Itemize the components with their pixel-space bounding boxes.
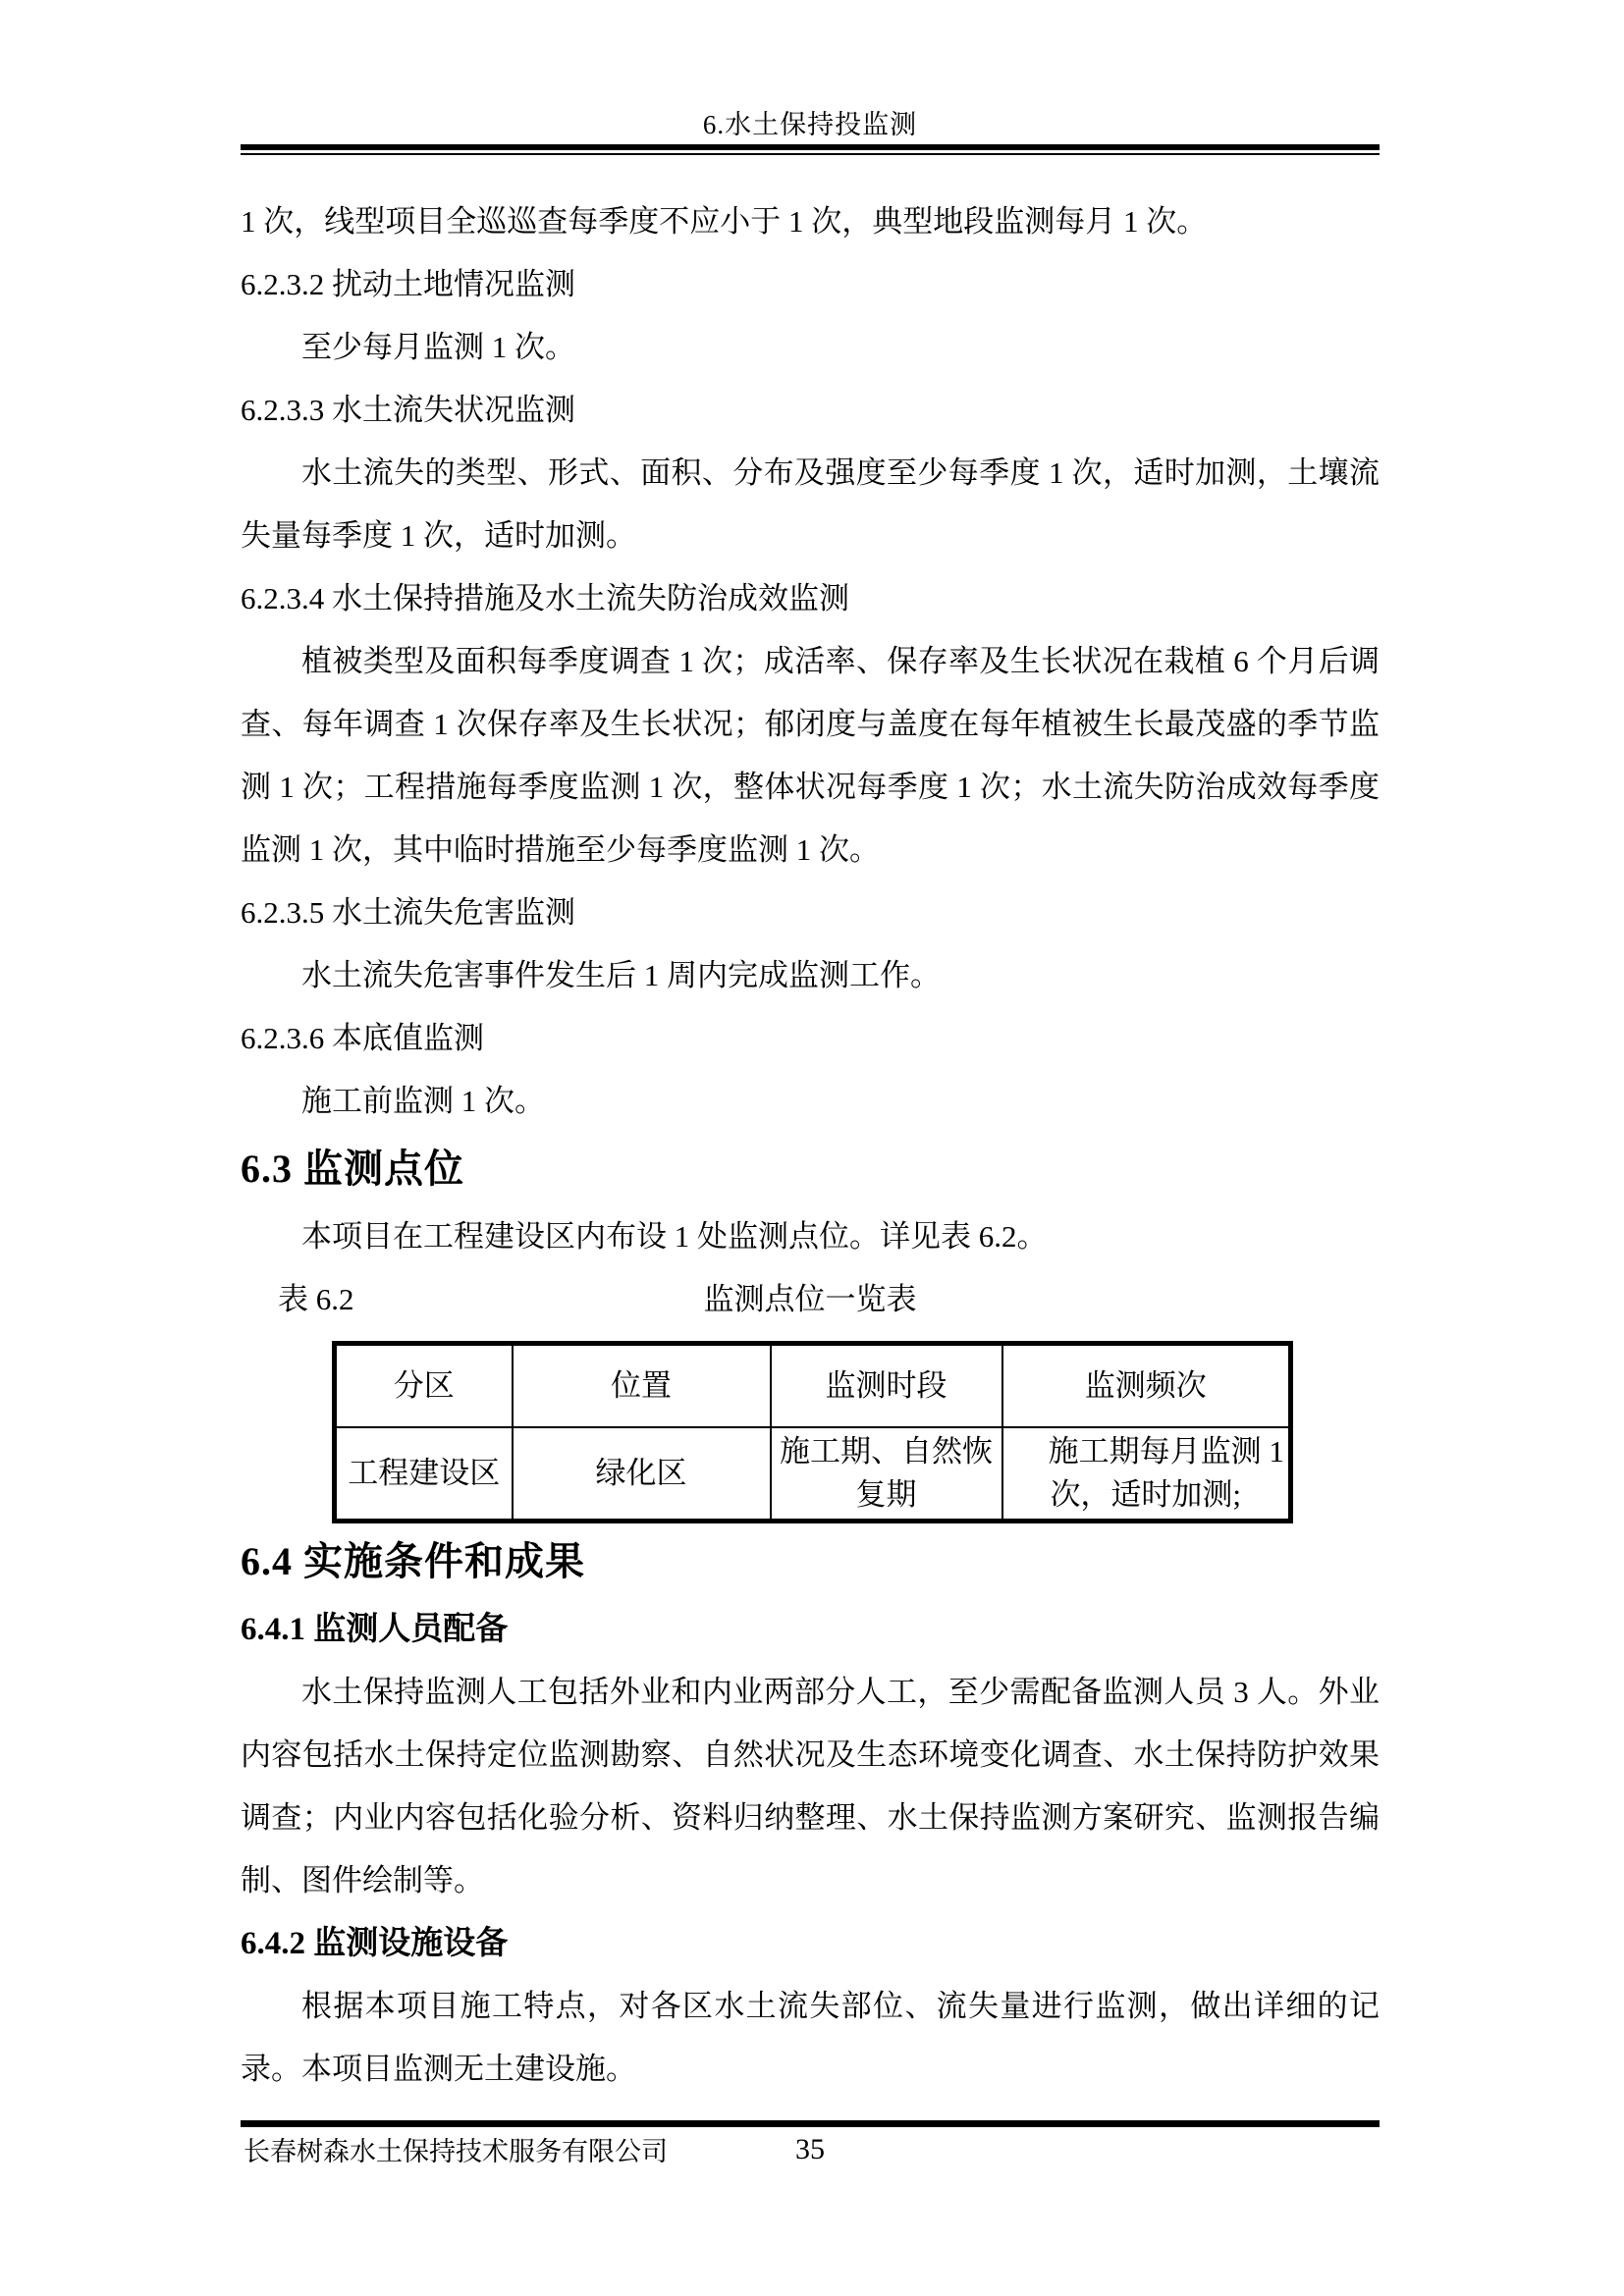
table-header-frequency: 监测频次: [1002, 1344, 1291, 1428]
section-heading-6234: 6.2.3.4 水土保持措施及水土流失防治成效监测: [241, 567, 1380, 630]
section-heading-642: 6.4.2 监测设施设备: [241, 1912, 1380, 1975]
cell-location: 绿化区: [513, 1427, 771, 1522]
table-header-zone: 分区: [335, 1344, 513, 1428]
section-heading-6233: 6.2.3.3 水土流失状况监测: [241, 379, 1380, 442]
table-row: 工程建设区 绿化区 施工期、自然恢复期 施工期每月监测 1 次，适时加测;: [335, 1427, 1291, 1522]
header-rule-thin: [241, 153, 1380, 155]
monitoring-points-table: 分区 位置 监测时段 监测频次 工程建设区 绿化区 施工期、自然恢复期 施工期每…: [332, 1341, 1293, 1523]
table-caption-label: 表 6.2: [278, 1268, 354, 1331]
cell-zone: 工程建设区: [335, 1427, 513, 1522]
cell-frequency-line1: 施工期每月监测 1: [1003, 1430, 1289, 1473]
table-header-row: 分区 位置 监测时段 监测频次: [335, 1344, 1291, 1428]
paragraph: 根据本项目施工特点，对各区水土流失部位、流失量进行监测，做出详细的记录。本项目监…: [241, 1975, 1380, 2101]
header-rule-thick: [241, 144, 1380, 150]
table-header-location: 位置: [513, 1344, 771, 1428]
document-page: 6.水土保持投监测 1 次，线型项目全巡巡查每季度不应小于 1 次，典型地段监测…: [0, 0, 1624, 2296]
cell-period: 施工期、自然恢复期: [771, 1427, 1002, 1522]
chapter-heading-64: 6.4 实施条件和成果: [241, 1525, 1380, 1598]
running-header-title: 6.水土保持投监测: [241, 108, 1380, 141]
section-heading-641: 6.4.1 监测人员配备: [241, 1598, 1380, 1661]
chapter-heading-63: 6.3 监测点位: [241, 1133, 1380, 1205]
table-header-period: 监测时段: [771, 1344, 1002, 1428]
paragraph-continuation: 1 次，线型项目全巡巡查每季度不应小于 1 次，典型地段监测每月 1 次。: [241, 190, 1380, 253]
section-heading-6236: 6.2.3.6 本底值监测: [241, 1007, 1380, 1070]
paragraph: 施工前监测 1 次。: [241, 1070, 1380, 1133]
footer-rule: [241, 2120, 1380, 2127]
header-rule: [241, 144, 1380, 155]
paragraph: 至少每月监测 1 次。: [241, 316, 1380, 379]
section-heading-6235: 6.2.3.5 水土流失危害监测: [241, 881, 1380, 944]
table-caption: 表 6.2 监测点位一览表: [241, 1268, 1380, 1331]
page-body: 1 次，线型项目全巡巡查每季度不应小于 1 次，典型地段监测每月 1 次。 6.…: [241, 190, 1380, 2101]
paragraph: 植被类型及面积每季度调查 1 次；成活率、保存率及生长状况在栽植 6 个月后调查…: [241, 630, 1380, 881]
paragraph: 本项目在工程建设区内布设 1 处监测点位。详见表 6.2。: [241, 1205, 1380, 1268]
monitoring-points-table-wrapper: 分区 位置 监测时段 监测频次 工程建设区 绿化区 施工期、自然恢复期 施工期每…: [332, 1341, 1380, 1523]
cell-frequency-line2: 次，适时加测;: [1003, 1473, 1289, 1517]
paragraph: 水土流失的类型、形式、面积、分布及强度至少每季度 1 次，适时加测，土壤流失量每…: [241, 442, 1380, 567]
paragraph: 水土流失危害事件发生后 1 周内完成监测工作。: [241, 944, 1380, 1007]
section-heading-6232: 6.2.3.2 扰动土地情况监测: [241, 253, 1380, 316]
table-caption-title: 监测点位一览表: [704, 1282, 917, 1316]
paragraph: 水土保持监测人工包括外业和内业两部分人工，至少需配备监测人员 3 人。外业内容包…: [241, 1661, 1380, 1912]
page-number: 35: [241, 2130, 1380, 2169]
cell-frequency: 施工期每月监测 1 次，适时加测;: [1002, 1427, 1291, 1522]
